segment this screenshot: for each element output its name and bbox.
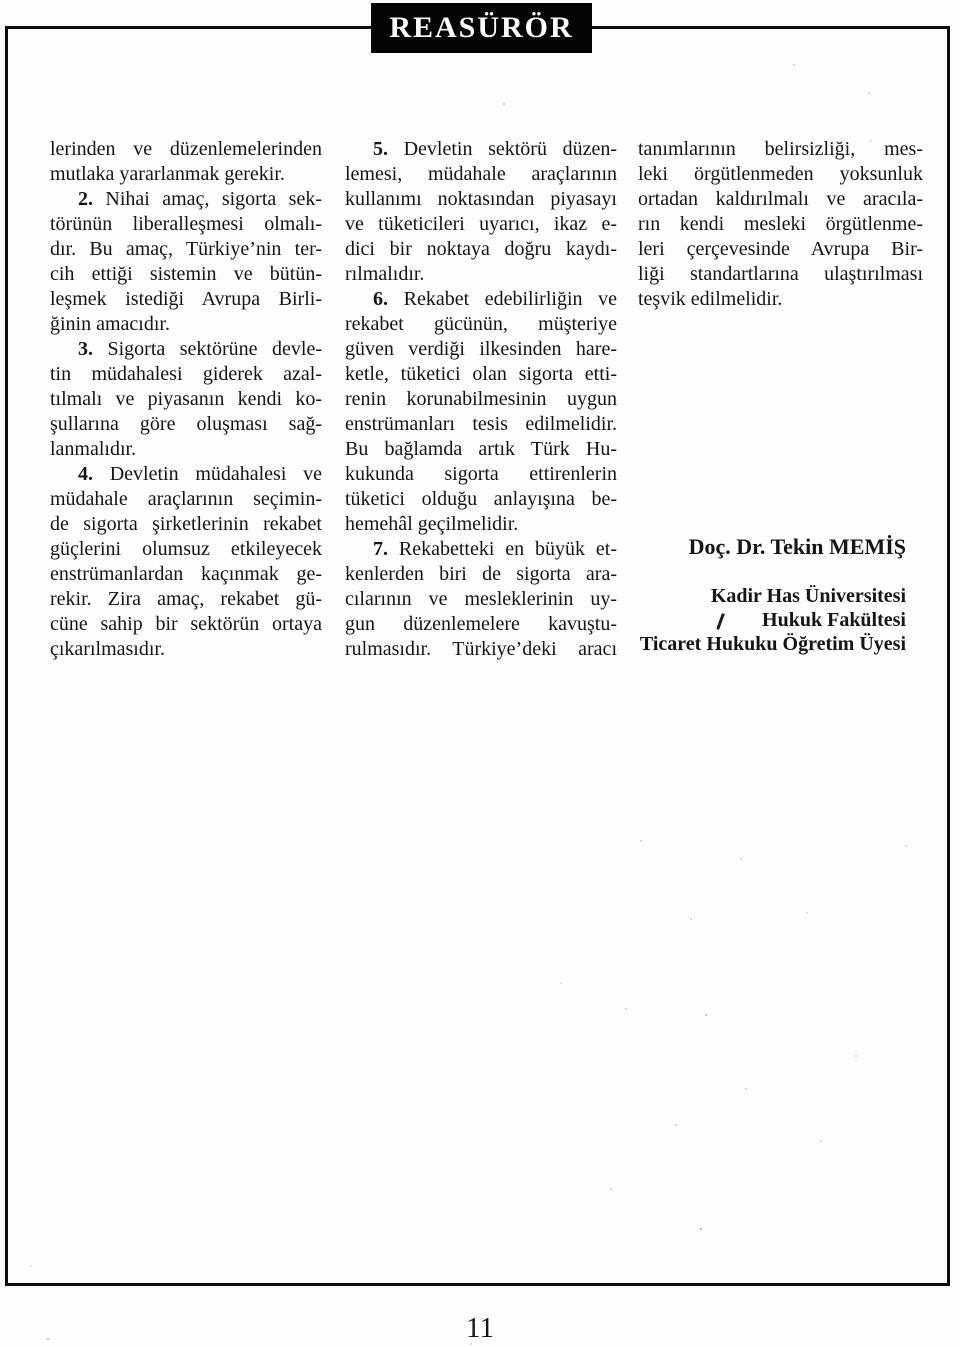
text-column-2: 5. Devletin sektörü düzen-lemesi, müdaha… <box>345 137 617 662</box>
text-line: şullarına göre oluşması sağ- <box>50 412 322 437</box>
author-affiliation: Kadir Has ÜniversitesiHukuk FakültesiTic… <box>638 584 906 656</box>
text-line: renin korunabilmesinin uygun <box>345 387 617 412</box>
text-column-3: tanımlarının belirsizliği, mes-leki örgü… <box>638 137 923 312</box>
scan-speckle-noise <box>0 0 2 2</box>
text-line: ğinin amacıdır. <box>50 312 322 337</box>
page-number: 11 <box>0 1314 960 1343</box>
text-line: tılmalı ve piyasanın kendi ko- <box>50 387 322 412</box>
text-line: dici bir noktaya doğru kaydı- <box>345 237 617 262</box>
text-line: lemesi, müdahale araçlarının <box>345 162 617 187</box>
text-line: tin müdahalesi giderek azal- <box>50 362 322 387</box>
text-line: leri çerçevesinde Avrupa Bir- <box>638 237 923 262</box>
text-line: müdahale araçlarının seçimin- <box>50 487 322 512</box>
text-column-1: lerinden ve düzenlemelerindenmutlaka yar… <box>50 137 322 662</box>
author-affiliation-line: Hukuk Fakültesi <box>638 608 906 632</box>
text-line: cılarının ve mesleklerinin uy- <box>345 587 617 612</box>
text-line: 7. Rekabetteki en büyük et- <box>345 537 617 562</box>
text-line: güven verdiği ilkesinden hare- <box>345 337 617 362</box>
text-line: rulmasıdır. Türkiye’deki aracı <box>345 637 617 662</box>
text-line: çıkarılmasıdır. <box>50 637 322 662</box>
text-line: 5. Devletin sektörü düzen- <box>345 137 617 162</box>
text-line: cüne sahip bir sektörün ortaya <box>50 612 322 637</box>
text-line: rekir. Zira amaç, rekabet gü- <box>50 587 322 612</box>
text-line: ortadan kaldırılmalı ve aracıla- <box>638 187 923 212</box>
text-line: Bu bağlamda artık Türk Hu- <box>345 437 617 462</box>
text-line: rılmalıdır. <box>345 262 617 287</box>
text-line: rekabet gücünün, müşteriye <box>345 312 617 337</box>
author-affiliation-line: Kadir Has Üniversitesi <box>638 584 906 608</box>
text-line: 4. Devletin müdahalesi ve <box>50 462 322 487</box>
text-line: enstrümanları tesis edilmelidir. <box>345 412 617 437</box>
text-line: dır. Bu amaç, Türkiye’nin ter- <box>50 237 322 262</box>
text-line: ve tüketicileri uyarıcı, ikaz e- <box>345 212 617 237</box>
text-line: 3. Sigorta sektörüne devle- <box>50 337 322 362</box>
masthead-banner: REASÜRÖR <box>371 3 592 53</box>
text-line: kukunda sigorta ettirenlerin <box>345 462 617 487</box>
text-line: leki örgütlenmeden yoksunluk <box>638 162 923 187</box>
masthead-title: REASÜRÖR <box>389 11 573 45</box>
author-block: Doç. Dr. Tekin MEMİŞ Kadir Has Üniversit… <box>638 534 932 656</box>
text-line: törünün liberalleşmesi olmalı- <box>50 212 322 237</box>
text-line: lanmalıdır. <box>50 437 322 462</box>
scanned-journal-page: { "page": { "number": "11", "ink_color":… <box>0 0 960 1347</box>
text-line: hemehâl geçilmelidir. <box>345 512 617 537</box>
text-line: mutlaka yararlanmak gerekir. <box>50 162 322 187</box>
text-line: rın kendi mesleki örgütlenme- <box>638 212 923 237</box>
text-line: liği standartlarına ulaştırılması <box>638 262 923 287</box>
author-name: Doç. Dr. Tekin MEMİŞ <box>638 534 906 560</box>
text-line: kenlerden biri de sigorta ara- <box>345 562 617 587</box>
text-line: 6. Rekabet edebilirliğin ve <box>345 287 617 312</box>
text-line: kullanımı noktasından piyasayı <box>345 187 617 212</box>
text-line: teşvik edilmelidir. <box>638 287 923 312</box>
text-line: ketle, tüketici olan sigorta etti- <box>345 362 617 387</box>
text-line: leşmek istediği Avrupa Birli- <box>50 287 322 312</box>
text-line: güçlerini olumsuz etkileyecek <box>50 537 322 562</box>
text-line: enstrümanlardan kaçınmak ge- <box>50 562 322 587</box>
text-line: 2. Nihai amaç, sigorta sek- <box>50 187 322 212</box>
text-line: gun düzenlemelere kavuştu- <box>345 612 617 637</box>
author-affiliation-line: Ticaret Hukuku Öğretim Üyesi <box>638 632 906 656</box>
text-line: tanımlarının belirsizliği, mes- <box>638 137 923 162</box>
text-line: lerinden ve düzenlemelerinden <box>50 137 322 162</box>
text-line: cih ettiği sistemin ve bütün- <box>50 262 322 287</box>
text-line: de sigorta şirketlerinin rekabet <box>50 512 322 537</box>
text-line: tüketici olduğu anlayışına be- <box>345 487 617 512</box>
